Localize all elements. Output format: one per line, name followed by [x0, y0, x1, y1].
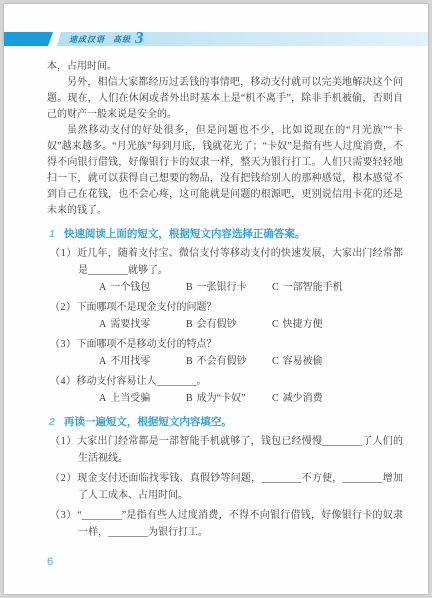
item-body: 现金支付还面临找零钱、真假钞等问题，________不方便，________增加… [77, 473, 403, 501]
option-b: B成为“卡奴” [186, 390, 272, 407]
question-text: （2）下面哪项不是现金支付的问题？ [50, 299, 403, 316]
option-key: C [272, 282, 279, 293]
passage-paragraph-2: 另外，相信大家都经历过丢钱的事情吧，移动支付就可以完美地解决这个问题。现在，人们… [47, 75, 403, 123]
exercise1-number: 1 [49, 228, 55, 240]
answer-options: A需要找零 B会有假钞 C快捷方便 [99, 316, 403, 333]
question-label: （1） [50, 248, 77, 259]
answer-options: A上当受骗 B成为“卡奴” C减少消费 [99, 390, 403, 407]
option-text: 快捷方便 [283, 319, 323, 330]
page-header-band: 速成汉语 高级 3 [4, 32, 428, 46]
question-body: 移动支付容易让人________。 [77, 376, 207, 387]
option-text: 一张银行卡 [197, 282, 247, 293]
textbook-page: 速成汉语 高级 3 本，占用时间。 另外，相信大家都经历过丢钱的事情吧，移动支付… [4, 4, 428, 594]
option-key: A [99, 282, 106, 293]
passage-paragraph-1: 本，占用时间。 [47, 59, 403, 75]
exercise2-item-1: （1）大家出门经常都是一部智能手机就够了，钱包已经慢慢________了人们的生… [50, 433, 403, 467]
question-text: （1）近几年，随着支付宝、微信支付等移动支付的快速发展，大家出门经常都是____… [50, 245, 403, 279]
question-body: 下面哪项不是移动支付的特点？ [77, 339, 217, 350]
series-level: 高级 [113, 34, 131, 45]
volume-number: 3 [135, 28, 144, 48]
option-text: 不用找零 [110, 356, 150, 367]
exercise2-item-3: （3）“________”是指有些人过度消费，不得不向银行借钱，好像银行卡的奴隶… [50, 507, 403, 541]
exercise2-heading: 2再读一遍短文，根据短文内容填空。 [49, 415, 403, 429]
exercise2-item-2: （2）现金支付还面临找零钱、真假钞等问题，________不方便，_______… [50, 470, 403, 504]
question-text: （3）下面哪项不是移动支付的特点？ [50, 336, 403, 353]
exercise1-question-2: （2）下面哪项不是现金支付的问题？ A需要找零 B会有假钞 C快捷方便 [50, 299, 403, 333]
item-body: “________”是指有些人过度消费，不得不向银行借钱，好像银行卡的奴隶一样，… [77, 510, 403, 538]
option-key: B [186, 393, 193, 404]
option-text: 上当受骗 [110, 393, 150, 404]
option-c: C快捷方便 [272, 316, 323, 333]
option-c: C容易被偷 [272, 353, 323, 370]
option-text: 会有假钞 [197, 319, 237, 330]
option-text: 一部智能手机 [283, 282, 343, 293]
option-key: C [272, 356, 279, 367]
reading-passage: 本，占用时间。 另外，相信大家都经历过丢钱的事情吧，移动支付就可以完美地解决这个… [47, 59, 403, 219]
exercise2-number: 2 [49, 416, 55, 428]
fill-blank-text: （2）现金支付还面临找零钱、真假钞等问题，________不方便，_______… [50, 470, 403, 504]
question-body: 近几年，随着支付宝、微信支付等移动支付的快速发展，大家出门经常都是_______… [77, 248, 403, 276]
option-a: A需要找零 [99, 316, 186, 333]
option-key: A [99, 393, 106, 404]
question-body: 下面哪项不是现金支付的问题？ [77, 302, 217, 313]
series-title: 速成汉语 [69, 34, 105, 45]
answer-options: A一个钱包 B一张银行卡 C一部智能手机 [99, 279, 403, 296]
item-body: 大家出门经常都是一部智能手机就够了，钱包已经慢慢________了人们的生活视线… [77, 436, 403, 464]
option-c: C一部智能手机 [272, 279, 343, 296]
fill-blank-text: （3）“________”是指有些人过度消费，不得不向银行借钱，好像银行卡的奴隶… [50, 507, 403, 541]
option-text: 减少消费 [283, 393, 323, 404]
option-key: B [186, 319, 193, 330]
option-key: B [186, 282, 193, 293]
option-b: B会有假钞 [186, 316, 272, 333]
header-accent-shape [4, 32, 53, 46]
header-title-bar: 速成汉语 高级 3 [57, 32, 428, 46]
option-key: C [272, 393, 279, 404]
option-key: A [99, 319, 106, 330]
item-label: （3） [50, 510, 77, 521]
fill-blank-text: （1）大家出门经常都是一部智能手机就够了，钱包已经慢慢________了人们的生… [50, 433, 403, 467]
option-c: C减少消费 [272, 390, 323, 407]
exercise1-question-1: （1）近几年，随着支付宝、微信支付等移动支付的快速发展，大家出门经常都是____… [50, 245, 403, 296]
exercise1-question-3: （3）下面哪项不是移动支付的特点？ A不用找零 B不会有假钞 C容易被偷 [50, 336, 403, 370]
item-label: （1） [50, 436, 77, 447]
option-key: B [186, 356, 193, 367]
exercise1-heading: 1快速阅读上面的短文，根据短文内容选择正确答案。 [49, 227, 403, 241]
option-text: 成为“卡奴” [197, 393, 246, 404]
option-b: B一张银行卡 [186, 279, 272, 296]
option-text: 需要找零 [110, 319, 150, 330]
option-text: 一个钱包 [110, 282, 150, 293]
option-text: 不会有假钞 [197, 356, 247, 367]
exercise2-title: 再读一遍短文，根据短文内容填空。 [64, 416, 232, 428]
option-key: C [272, 319, 279, 330]
answer-options: A不用找零 B不会有假钞 C容易被偷 [99, 353, 403, 370]
exercise1-question-4: （4）移动支付容易让人________。 A上当受骗 B成为“卡奴” C减少消费 [50, 373, 403, 407]
question-label: （3） [50, 339, 77, 350]
option-a: A上当受骗 [99, 390, 186, 407]
option-a: A不用找零 [99, 353, 186, 370]
passage-paragraph-3: 虽然移动支付的好处很多，但是问题也不少，比如说现在的“月光族”“卡奴”越来越多。… [47, 123, 403, 219]
page-number: 6 [47, 556, 53, 568]
question-label: （4） [50, 376, 77, 387]
option-key: A [99, 356, 106, 367]
option-a: A一个钱包 [99, 279, 186, 296]
question-label: （2） [50, 302, 77, 313]
item-label: （2） [50, 473, 77, 484]
option-text: 容易被偷 [283, 356, 323, 367]
option-b: B不会有假钞 [186, 353, 272, 370]
exercise1-title: 快速阅读上面的短文，根据短文内容选择正确答案。 [64, 228, 306, 240]
question-text: （4）移动支付容易让人________。 [50, 373, 403, 390]
